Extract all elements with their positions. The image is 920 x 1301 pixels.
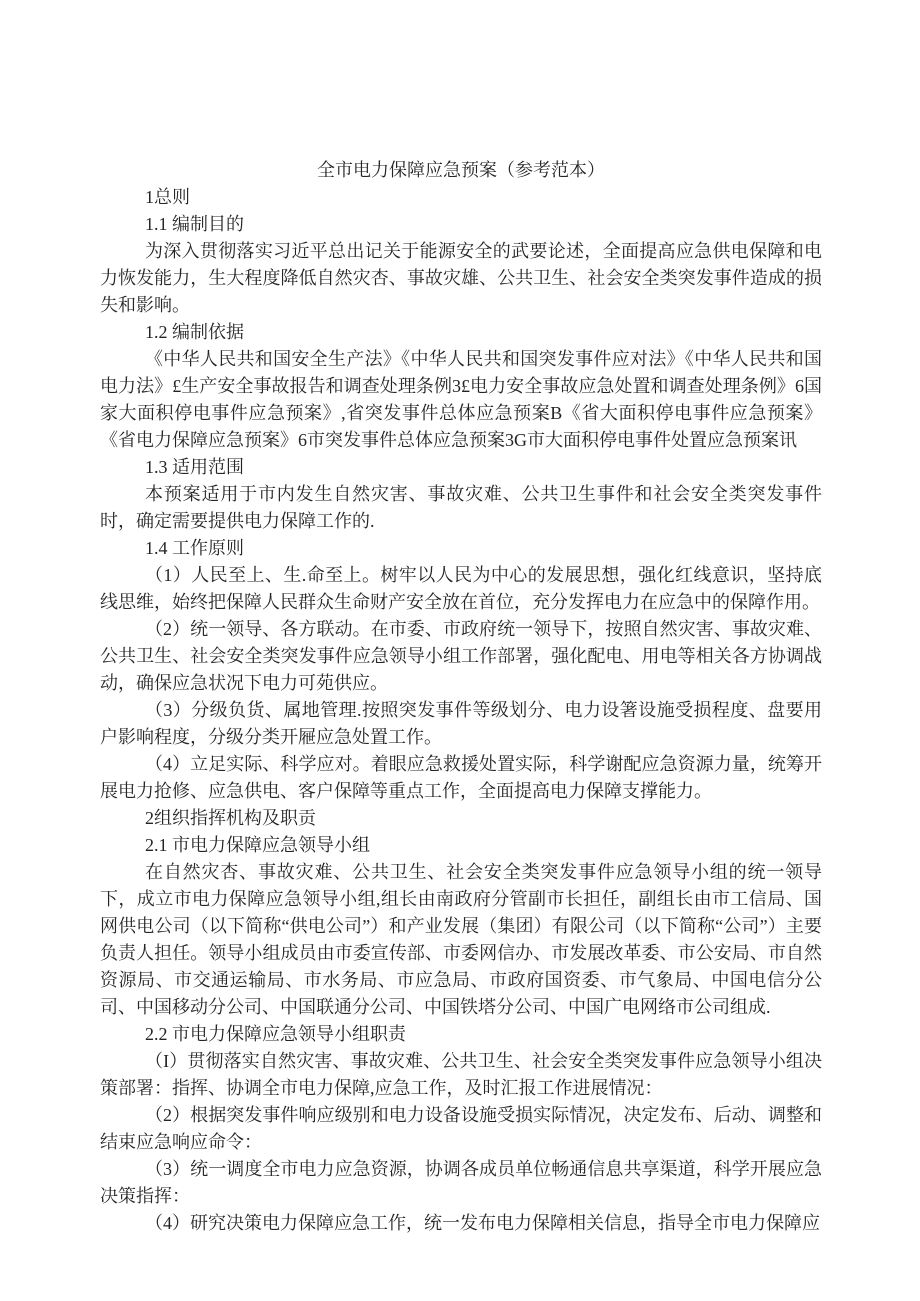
paragraph-list-item: （3）分级负货、属地管理.按照突发事件等级划分、电力设箸设施受损程度、盘要用户影… — [100, 697, 822, 751]
paragraph-subsection-heading: 1.4 工作原则 — [100, 535, 822, 562]
paragraph: 在自然灾杏、事故灾难、公共卫生、社会安全类突发事件应急领导小组的统一领导下，成立… — [100, 859, 822, 1021]
paragraph-subsection-heading: 1.2 编制依据 — [100, 319, 822, 346]
paragraph-list-item: （2）统一领导、各方联动。在市委、市政府统一领导下，按照自然灾害、事故灾难、公共… — [100, 616, 822, 697]
paragraph-subsection-heading: 2.2 市电力保障应急领导小组职责 — [100, 1021, 822, 1048]
paragraph-section-heading: 2组织指挥机构及职贡 — [100, 805, 822, 832]
paragraph-list-item: （1）人民至上、生.命至上。树牢以人民为中心的发展思想，强化红线意识，坚持底线思… — [100, 562, 822, 616]
paragraph-list-item: （4）立足实际、科学应对。着眼应急救援处置实际，科学谢配应急资源力量，统筹开展电… — [100, 751, 822, 805]
paragraph-subsection-heading: 2.1 市电力保障应急领导小组 — [100, 832, 822, 859]
paragraph: 本预案适用于市内发生自然灾害、事故灾难、公共卫生事件和社会安全类突发事件时，确定… — [100, 481, 822, 535]
paragraph-list-item: （3）统一调度全市电力应急资源，协调各成员单位畅通信息共享渠道，科学开展应急决策… — [100, 1156, 822, 1210]
paragraph-list-item: （I）贯彻落实自然灾害、事故灾难、公共卫生、社会安全类突发事件应急领导小组决策部… — [100, 1048, 822, 1102]
paragraph: 《中华人民共和国安全生产法》《中华人民共和国突发事件应对法》《中华人民共和国电力… — [100, 346, 822, 454]
paragraph-subsection-heading: 1.3 适用范围 — [100, 454, 822, 481]
paragraph-subsection-heading: 1.1 编制目的 — [100, 211, 822, 238]
document-title: 全市电力保障应急预案（参考范本） — [100, 157, 822, 184]
paragraph-section-heading: 1总则 — [100, 184, 822, 211]
document-page: 全市电力保障应急预案（参考范本） 1总则 1.1 编制目的 为深入贯彻落实习近平… — [0, 0, 920, 1301]
paragraph-list-item: （4）研究决策电力保障应急工作，统一发布电力保障相关信息，指导全市电力保障应 — [100, 1210, 822, 1237]
paragraph: 为深入贯彻落实习近平总出记关于能源安全的武要论述，全面提高应急供电保障和电力恢发… — [100, 238, 822, 319]
paragraph-list-item: （2）根据突发事件响应级别和电力设备设施受损实际情况，决定发布、后动、调整和结束… — [100, 1102, 822, 1156]
